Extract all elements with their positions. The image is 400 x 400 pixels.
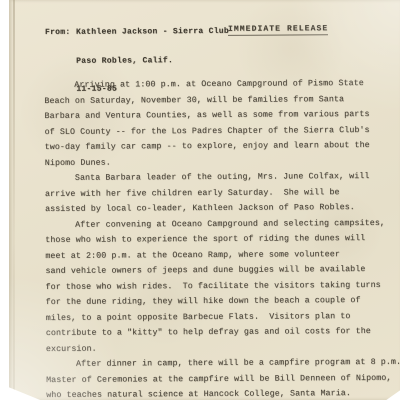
from-label: From: [45,28,76,38]
scanned-document: From: Kathleen Jackson - Sierra Club Pas… [0,0,400,400]
text-line: assisted by local co-leader, Kathleen Ja… [45,200,390,218]
document-body: Arriving at 1:00 p.m. at Oceano Campgrou… [44,76,391,400]
text-line: two-day family car camp -- to explore, e… [45,138,390,156]
text-line: After dinner in camp, there will be a ca… [46,355,391,373]
sender-name: Kathleen Jackson - Sierra Club [76,27,229,37]
text-line: who teaches natural science at Hancock C… [46,386,391,400]
sender-city: Paso Robles, Calif. [76,56,173,66]
text-line: those who wish to experience the sport o… [45,231,390,249]
press-release-page: From: Kathleen Jackson - Sierra Club Pas… [9,0,400,400]
release-stamp: IMMEDIATE RELEASE [228,24,328,36]
text-line: for the dune riding, they will hike down… [46,293,391,311]
text-line: contribute to a "kitty" to help defray g… [46,324,391,342]
text-line: sand vehicle owners of jeeps and dune bu… [45,262,390,280]
text-line: Barbara and Ventura Counties, as well as… [44,107,389,125]
text-line: Arriving at 1:00 p.m. at Oceano Campgrou… [44,76,389,94]
typewritten-content: From: Kathleen Jackson - Sierra Club Pas… [9,0,400,400]
text-line: Santa Barbara leader of the outing, Mrs.… [45,169,390,187]
